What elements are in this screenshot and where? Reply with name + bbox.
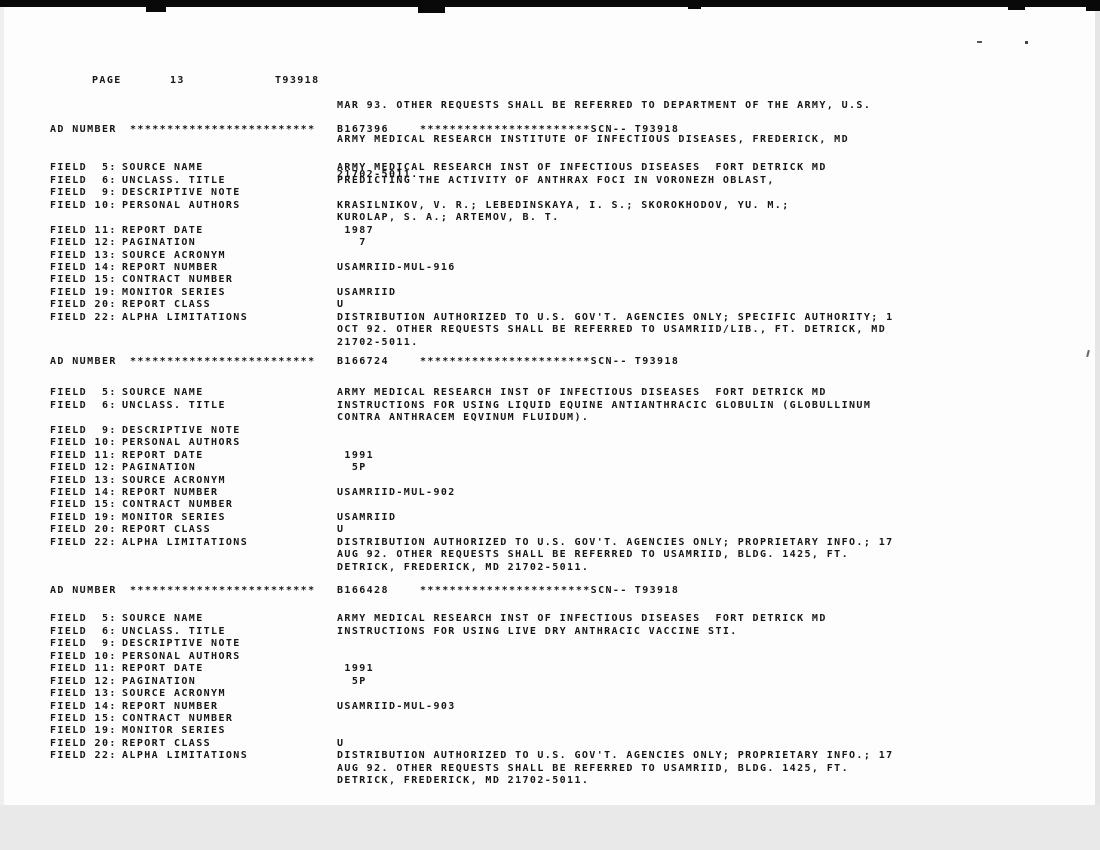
field-number: FIELD 22: bbox=[50, 750, 122, 762]
field-row: FIELD 6:UNCLASS. TITLEPREDICTING THE ACT… bbox=[50, 175, 1090, 187]
field-value: KUROLAP, S. A.; ARTEMOV, B. T. bbox=[337, 212, 1090, 224]
field-value: PREDICTING THE ACTIVITY OF ANTHRAX FOCI … bbox=[337, 175, 1090, 187]
record: AD NUMBER ************************* B167… bbox=[50, 124, 1090, 349]
field-name: UNCLASS. TITLE bbox=[122, 626, 337, 638]
field-name: ALPHA LIMITATIONS bbox=[122, 312, 337, 324]
field-value bbox=[337, 274, 1090, 286]
field-rows: FIELD 5:SOURCE NAMEARMY MEDICAL RESEARCH… bbox=[50, 613, 1090, 787]
field-name: SOURCE NAME bbox=[122, 387, 337, 399]
field-name: REPORT DATE bbox=[122, 225, 337, 237]
field-row: FIELD 12:PAGINATION 7 bbox=[50, 237, 1090, 249]
field-value: USAMRIID bbox=[337, 287, 1090, 299]
ad-scn-doc-ref: T93918 bbox=[635, 356, 680, 368]
field-row: FIELD 20:REPORT CLASSU bbox=[50, 738, 1090, 750]
field-value: U bbox=[337, 299, 1090, 311]
field-number bbox=[50, 212, 122, 224]
field-row: FIELD 9:DESCRIPTIVE NOTE bbox=[50, 425, 1090, 437]
field-value: 21702-5011. bbox=[337, 337, 1090, 349]
field-number: FIELD 20: bbox=[50, 738, 122, 750]
field-value bbox=[337, 638, 1090, 650]
ad-stars-left: ************************* bbox=[122, 124, 337, 136]
field-name: REPORT CLASS bbox=[122, 738, 337, 750]
field-value: DISTRIBUTION AUTHORIZED TO U.S. GOV'T. A… bbox=[337, 312, 1090, 324]
field-number: FIELD 10: bbox=[50, 651, 122, 663]
field-value: DETRICK, FREDERICK, MD 21702-5011. bbox=[337, 775, 1090, 787]
continuation-line: MAR 93. OTHER REQUESTS SHALL BE REFERRED… bbox=[337, 100, 871, 112]
field-name: SOURCE ACRONYM bbox=[122, 688, 337, 700]
field-name: PAGINATION bbox=[122, 237, 337, 249]
field-name: DESCRIPTIVE NOTE bbox=[122, 638, 337, 650]
field-row: FIELD 10:PERSONAL AUTHORS bbox=[50, 437, 1090, 449]
field-value: 7 bbox=[337, 237, 1090, 249]
field-number: FIELD 11: bbox=[50, 450, 122, 462]
field-name: PERSONAL AUTHORS bbox=[122, 200, 337, 212]
field-row: FIELD 6:UNCLASS. TITLEINSTRUCTIONS FOR U… bbox=[50, 400, 1090, 412]
field-number bbox=[50, 775, 122, 787]
field-name: REPORT CLASS bbox=[122, 299, 337, 311]
field-row: FIELD 13:SOURCE ACRONYM bbox=[50, 475, 1090, 487]
scan-artifact-notch bbox=[418, 0, 445, 13]
ad-number-value: B167396 bbox=[337, 124, 420, 136]
field-number: FIELD 12: bbox=[50, 237, 122, 249]
field-value: 5P bbox=[337, 676, 1090, 688]
field-name bbox=[122, 212, 337, 224]
field-name: ALPHA LIMITATIONS bbox=[122, 750, 337, 762]
field-number: FIELD 14: bbox=[50, 701, 122, 713]
field-row: FIELD 11:REPORT DATE 1991 bbox=[50, 450, 1090, 462]
field-row: FIELD 5:SOURCE NAMEARMY MEDICAL RESEARCH… bbox=[50, 162, 1090, 174]
field-rows: FIELD 5:SOURCE NAMEARMY MEDICAL RESEARCH… bbox=[50, 387, 1090, 574]
field-name: SOURCE ACRONYM bbox=[122, 250, 337, 262]
scan-artifact-notch bbox=[1008, 0, 1025, 10]
field-value: U bbox=[337, 524, 1090, 536]
ad-scn-doc-ref: T93918 bbox=[635, 585, 680, 597]
field-number: FIELD 19: bbox=[50, 725, 122, 737]
field-value: U bbox=[337, 738, 1090, 750]
field-row: CONTRA ANTHRACEM EQVINUM FLUIDUM). bbox=[50, 412, 1090, 424]
field-row: FIELD 14:REPORT NUMBERUSAMRIID-MUL-903 bbox=[50, 701, 1090, 713]
field-number: FIELD 20: bbox=[50, 524, 122, 536]
field-row: AUG 92. OTHER REQUESTS SHALL BE REFERRED… bbox=[50, 763, 1090, 775]
field-row: FIELD 14:REPORT NUMBERUSAMRIID-MUL-902 bbox=[50, 487, 1090, 499]
field-number: FIELD 10: bbox=[50, 200, 122, 212]
scan-page-edge bbox=[0, 7, 4, 850]
field-row: FIELD 12:PAGINATION 5P bbox=[50, 676, 1090, 688]
scan-page-edge bbox=[0, 805, 1100, 850]
field-name: MONITOR SERIES bbox=[122, 287, 337, 299]
field-row: 21702-5011. bbox=[50, 337, 1090, 349]
field-value: USAMRIID-MUL-903 bbox=[337, 701, 1090, 713]
field-number: FIELD 22: bbox=[50, 537, 122, 549]
field-row: FIELD 15:CONTRACT NUMBER bbox=[50, 274, 1090, 286]
field-row: FIELD 22:ALPHA LIMITATIONSDISTRIBUTION A… bbox=[50, 312, 1090, 324]
field-row: FIELD 15:CONTRACT NUMBER bbox=[50, 713, 1090, 725]
ad-number-label: AD NUMBER bbox=[50, 585, 122, 597]
field-row: FIELD 5:SOURCE NAMEARMY MEDICAL RESEARCH… bbox=[50, 613, 1090, 625]
ad-number-row: AD NUMBER ************************* B166… bbox=[50, 585, 1090, 597]
field-number: FIELD 19: bbox=[50, 287, 122, 299]
field-value: 5P bbox=[337, 462, 1090, 474]
document-number: T93918 bbox=[275, 75, 320, 86]
field-rows: FIELD 5:SOURCE NAMEARMY MEDICAL RESEARCH… bbox=[50, 162, 1090, 349]
field-value: OCT 92. OTHER REQUESTS SHALL BE REFERRED… bbox=[337, 324, 1090, 336]
field-row: FIELD 15:CONTRACT NUMBER bbox=[50, 499, 1090, 511]
scan-artifact-notch bbox=[688, 0, 701, 9]
field-value: INSTRUCTIONS FOR USING LIQUID EQUINE ANT… bbox=[337, 400, 1090, 412]
field-row: FIELD 13:SOURCE ACRONYM bbox=[50, 250, 1090, 262]
ad-stars-left: ************************* bbox=[122, 585, 337, 597]
field-row: FIELD 19:MONITOR SERIESUSAMRIID bbox=[50, 287, 1090, 299]
field-name: CONTRACT NUMBER bbox=[122, 713, 337, 725]
page-number: 13 bbox=[170, 75, 185, 86]
field-number: FIELD 14: bbox=[50, 262, 122, 274]
field-number bbox=[50, 763, 122, 775]
field-number: FIELD 20: bbox=[50, 299, 122, 311]
field-value bbox=[337, 475, 1090, 487]
field-value bbox=[337, 651, 1090, 663]
field-value bbox=[337, 250, 1090, 262]
field-name: REPORT NUMBER bbox=[122, 487, 337, 499]
field-number: FIELD 13: bbox=[50, 250, 122, 262]
field-number: FIELD 15: bbox=[50, 713, 122, 725]
field-name bbox=[122, 775, 337, 787]
field-row: FIELD 11:REPORT DATE 1991 bbox=[50, 663, 1090, 675]
field-row: OCT 92. OTHER REQUESTS SHALL BE REFERRED… bbox=[50, 324, 1090, 336]
field-name: REPORT DATE bbox=[122, 450, 337, 462]
field-number bbox=[50, 337, 122, 349]
field-name: DESCRIPTIVE NOTE bbox=[122, 187, 337, 199]
field-number: FIELD 11: bbox=[50, 663, 122, 675]
ad-number-label: AD NUMBER bbox=[50, 124, 122, 136]
field-number bbox=[50, 562, 122, 574]
field-row: FIELD 14:REPORT NUMBERUSAMRIID-MUL-916 bbox=[50, 262, 1090, 274]
ad-stars-scn: ***********************SCN-- bbox=[420, 585, 628, 597]
field-value: USAMRIID-MUL-916 bbox=[337, 262, 1090, 274]
field-number: FIELD 5: bbox=[50, 387, 122, 399]
field-value bbox=[337, 499, 1090, 511]
field-value: DISTRIBUTION AUTHORIZED TO U.S. GOV'T. A… bbox=[337, 750, 1090, 762]
field-name: MONITOR SERIES bbox=[122, 512, 337, 524]
ad-number-value: B166724 bbox=[337, 356, 420, 368]
field-number: FIELD 19: bbox=[50, 512, 122, 524]
field-number: FIELD 9: bbox=[50, 638, 122, 650]
field-name: DESCRIPTIVE NOTE bbox=[122, 425, 337, 437]
field-number: FIELD 12: bbox=[50, 676, 122, 688]
field-number bbox=[50, 324, 122, 336]
field-value: ARMY MEDICAL RESEARCH INST OF INFECTIOUS… bbox=[337, 162, 1090, 174]
field-name: ALPHA LIMITATIONS bbox=[122, 537, 337, 549]
field-value: DISTRIBUTION AUTHORIZED TO U.S. GOV'T. A… bbox=[337, 537, 1090, 549]
field-value: USAMRIID-MUL-902 bbox=[337, 487, 1090, 499]
field-number bbox=[50, 412, 122, 424]
field-row: FIELD 10:PERSONAL AUTHORSKRASILNIKOV, V.… bbox=[50, 200, 1090, 212]
field-number: FIELD 9: bbox=[50, 187, 122, 199]
field-number: FIELD 6: bbox=[50, 400, 122, 412]
field-number: FIELD 15: bbox=[50, 499, 122, 511]
field-row: FIELD 22:ALPHA LIMITATIONSDISTRIBUTION A… bbox=[50, 537, 1090, 549]
field-value bbox=[337, 187, 1090, 199]
ad-stars-left: ************************* bbox=[122, 356, 337, 368]
field-number: FIELD 12: bbox=[50, 462, 122, 474]
field-name: SOURCE NAME bbox=[122, 613, 337, 625]
field-name: UNCLASS. TITLE bbox=[122, 175, 337, 187]
field-row: FIELD 11:REPORT DATE 1987 bbox=[50, 225, 1090, 237]
field-number: FIELD 5: bbox=[50, 162, 122, 174]
ad-number-row: AD NUMBER ************************* B167… bbox=[50, 124, 1090, 136]
field-value: USAMRIID bbox=[337, 512, 1090, 524]
field-name: SOURCE ACRONYM bbox=[122, 475, 337, 487]
field-name: PAGINATION bbox=[122, 462, 337, 474]
field-value: DETRICK, FREDERICK, MD 21702-5011. bbox=[337, 562, 1090, 574]
field-row: DETRICK, FREDERICK, MD 21702-5011. bbox=[50, 775, 1090, 787]
field-row: KUROLAP, S. A.; ARTEMOV, B. T. bbox=[50, 212, 1090, 224]
field-name: PERSONAL AUTHORS bbox=[122, 437, 337, 449]
field-row: FIELD 9:DESCRIPTIVE NOTE bbox=[50, 638, 1090, 650]
field-row: FIELD 5:SOURCE NAMEARMY MEDICAL RESEARCH… bbox=[50, 387, 1090, 399]
field-value bbox=[337, 713, 1090, 725]
ad-stars-scn: ***********************SCN-- bbox=[420, 124, 628, 136]
field-name: MONITOR SERIES bbox=[122, 725, 337, 737]
field-row: FIELD 13:SOURCE ACRONYM bbox=[50, 688, 1090, 700]
field-name bbox=[122, 337, 337, 349]
field-value: AUG 92. OTHER REQUESTS SHALL BE REFERRED… bbox=[337, 763, 1090, 775]
field-value: CONTRA ANTHRACEM EQVINUM FLUIDUM). bbox=[337, 412, 1090, 424]
field-number: FIELD 10: bbox=[50, 437, 122, 449]
field-number: FIELD 13: bbox=[50, 688, 122, 700]
field-value: KRASILNIKOV, V. R.; LEBEDINSKAYA, I. S.;… bbox=[337, 200, 1090, 212]
field-row: AUG 92. OTHER REQUESTS SHALL BE REFERRED… bbox=[50, 549, 1090, 561]
field-name: REPORT DATE bbox=[122, 663, 337, 675]
field-row: FIELD 20:REPORT CLASSU bbox=[50, 299, 1090, 311]
field-name: CONTRACT NUMBER bbox=[122, 274, 337, 286]
ad-scn-doc-ref: T93918 bbox=[635, 124, 680, 136]
field-number: FIELD 11: bbox=[50, 225, 122, 237]
field-value: 1991 bbox=[337, 450, 1090, 462]
field-value: ARMY MEDICAL RESEARCH INST OF INFECTIOUS… bbox=[337, 387, 1090, 399]
scan-artifact-notch bbox=[1086, 0, 1100, 11]
scan-artifact-speck bbox=[977, 41, 982, 43]
field-value bbox=[337, 725, 1090, 737]
field-row: FIELD 9:DESCRIPTIVE NOTE bbox=[50, 187, 1090, 199]
field-number: FIELD 15: bbox=[50, 274, 122, 286]
field-value: ARMY MEDICAL RESEARCH INST OF INFECTIOUS… bbox=[337, 613, 1090, 625]
field-row: FIELD 19:MONITOR SERIES bbox=[50, 725, 1090, 737]
ad-number-row: AD NUMBER ************************* B166… bbox=[50, 356, 1090, 368]
scan-page-edge bbox=[1095, 11, 1100, 850]
page-label: PAGE bbox=[92, 75, 122, 86]
field-number: FIELD 5: bbox=[50, 613, 122, 625]
field-row: FIELD 6:UNCLASS. TITLEINSTRUCTIONS FOR U… bbox=[50, 626, 1090, 638]
field-name bbox=[122, 562, 337, 574]
field-number: FIELD 6: bbox=[50, 175, 122, 187]
field-name bbox=[122, 763, 337, 775]
field-name: SOURCE NAME bbox=[122, 162, 337, 174]
field-name bbox=[122, 324, 337, 336]
field-row: FIELD 22:ALPHA LIMITATIONSDISTRIBUTION A… bbox=[50, 750, 1090, 762]
record: AD NUMBER ************************* B166… bbox=[50, 585, 1090, 788]
field-row: FIELD 20:REPORT CLASSU bbox=[50, 524, 1090, 536]
field-number: FIELD 14: bbox=[50, 487, 122, 499]
record: AD NUMBER ************************* B166… bbox=[50, 356, 1090, 574]
field-value bbox=[337, 688, 1090, 700]
scan-artifact-speck bbox=[1025, 41, 1028, 44]
field-name: PERSONAL AUTHORS bbox=[122, 651, 337, 663]
ad-number-value: B166428 bbox=[337, 585, 420, 597]
field-value: 1991 bbox=[337, 663, 1090, 675]
field-name: PAGINATION bbox=[122, 676, 337, 688]
field-name: REPORT CLASS bbox=[122, 524, 337, 536]
scan-artifact-notch bbox=[146, 0, 166, 12]
field-name bbox=[122, 549, 337, 561]
field-name: UNCLASS. TITLE bbox=[122, 400, 337, 412]
field-number: FIELD 6: bbox=[50, 626, 122, 638]
field-row: DETRICK, FREDERICK, MD 21702-5011. bbox=[50, 562, 1090, 574]
scanned-document-page: PAGE 13 T93918 MAR 93. OTHER REQUESTS SH… bbox=[0, 0, 1100, 850]
field-value: AUG 92. OTHER REQUESTS SHALL BE REFERRED… bbox=[337, 549, 1090, 561]
field-number: FIELD 22: bbox=[50, 312, 122, 324]
field-number: FIELD 9: bbox=[50, 425, 122, 437]
ad-number-label: AD NUMBER bbox=[50, 356, 122, 368]
field-number bbox=[50, 549, 122, 561]
ad-stars-scn: ***********************SCN-- bbox=[420, 356, 628, 368]
field-value bbox=[337, 437, 1090, 449]
field-value: 1987 bbox=[337, 225, 1090, 237]
field-name: REPORT NUMBER bbox=[122, 262, 337, 274]
field-name: CONTRACT NUMBER bbox=[122, 499, 337, 511]
field-name: REPORT NUMBER bbox=[122, 701, 337, 713]
field-row: FIELD 10:PERSONAL AUTHORS bbox=[50, 651, 1090, 663]
field-number: FIELD 13: bbox=[50, 475, 122, 487]
field-value bbox=[337, 425, 1090, 437]
field-row: FIELD 19:MONITOR SERIESUSAMRIID bbox=[50, 512, 1090, 524]
field-row: FIELD 12:PAGINATION 5P bbox=[50, 462, 1090, 474]
field-value: INSTRUCTIONS FOR USING LIVE DRY ANTHRACI… bbox=[337, 626, 1090, 638]
field-name bbox=[122, 412, 337, 424]
